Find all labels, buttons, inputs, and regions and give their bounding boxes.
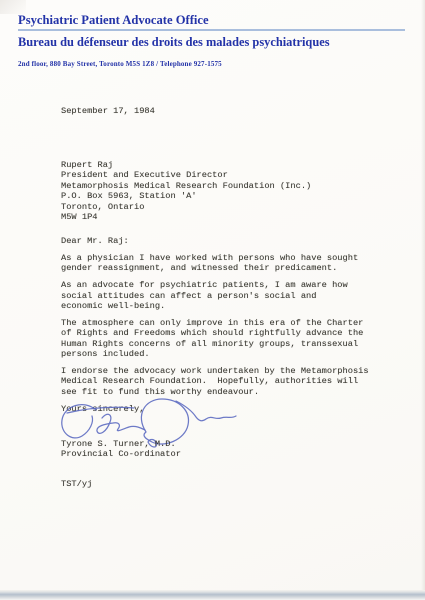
signature-stroke xyxy=(67,407,134,413)
recipient-address-block: Rupert Raj President and Executive Direc… xyxy=(61,160,311,222)
letter-body: Dear Mr. Raj: As a physician I have work… xyxy=(61,236,401,414)
paragraph-3: The atmosphere can only improve in this … xyxy=(61,318,401,360)
org-name-english: Psychiatric Patient Advocate Office xyxy=(18,13,209,27)
typist-reference: TST/yj xyxy=(61,479,92,489)
letterhead-rule xyxy=(18,29,405,31)
signature-stroke xyxy=(141,399,188,444)
scanned-letter-page: Psychiatric Patient Advocate Office Bure… xyxy=(0,0,425,600)
signature-stroke xyxy=(97,414,145,433)
signer-block: Tyrone S. Turner, M.D. Provincial Co-ord… xyxy=(61,439,181,460)
scan-edge-right xyxy=(421,0,425,600)
signature-stroke xyxy=(62,405,96,438)
paragraph-1: As a physician I have worked with person… xyxy=(61,253,401,274)
letterhead-address-phone: 2nd floor, 880 Bay Street, Toronto M5S 1… xyxy=(18,60,222,68)
letter-date: September 17, 1984 xyxy=(61,106,155,116)
paragraph-2: As an advocate for psychiatric patients,… xyxy=(61,280,401,311)
signature-stroke xyxy=(176,401,236,421)
org-name-french: Bureau du défenseur des droits des malad… xyxy=(18,35,330,49)
scan-edge-bottom xyxy=(0,590,425,600)
scan-corner-shading xyxy=(0,0,26,14)
salutation: Dear Mr. Raj: xyxy=(61,236,401,246)
signer-title: Provincial Co-ordinator xyxy=(61,449,181,459)
signer-name: Tyrone S. Turner, M.D. xyxy=(61,439,181,449)
